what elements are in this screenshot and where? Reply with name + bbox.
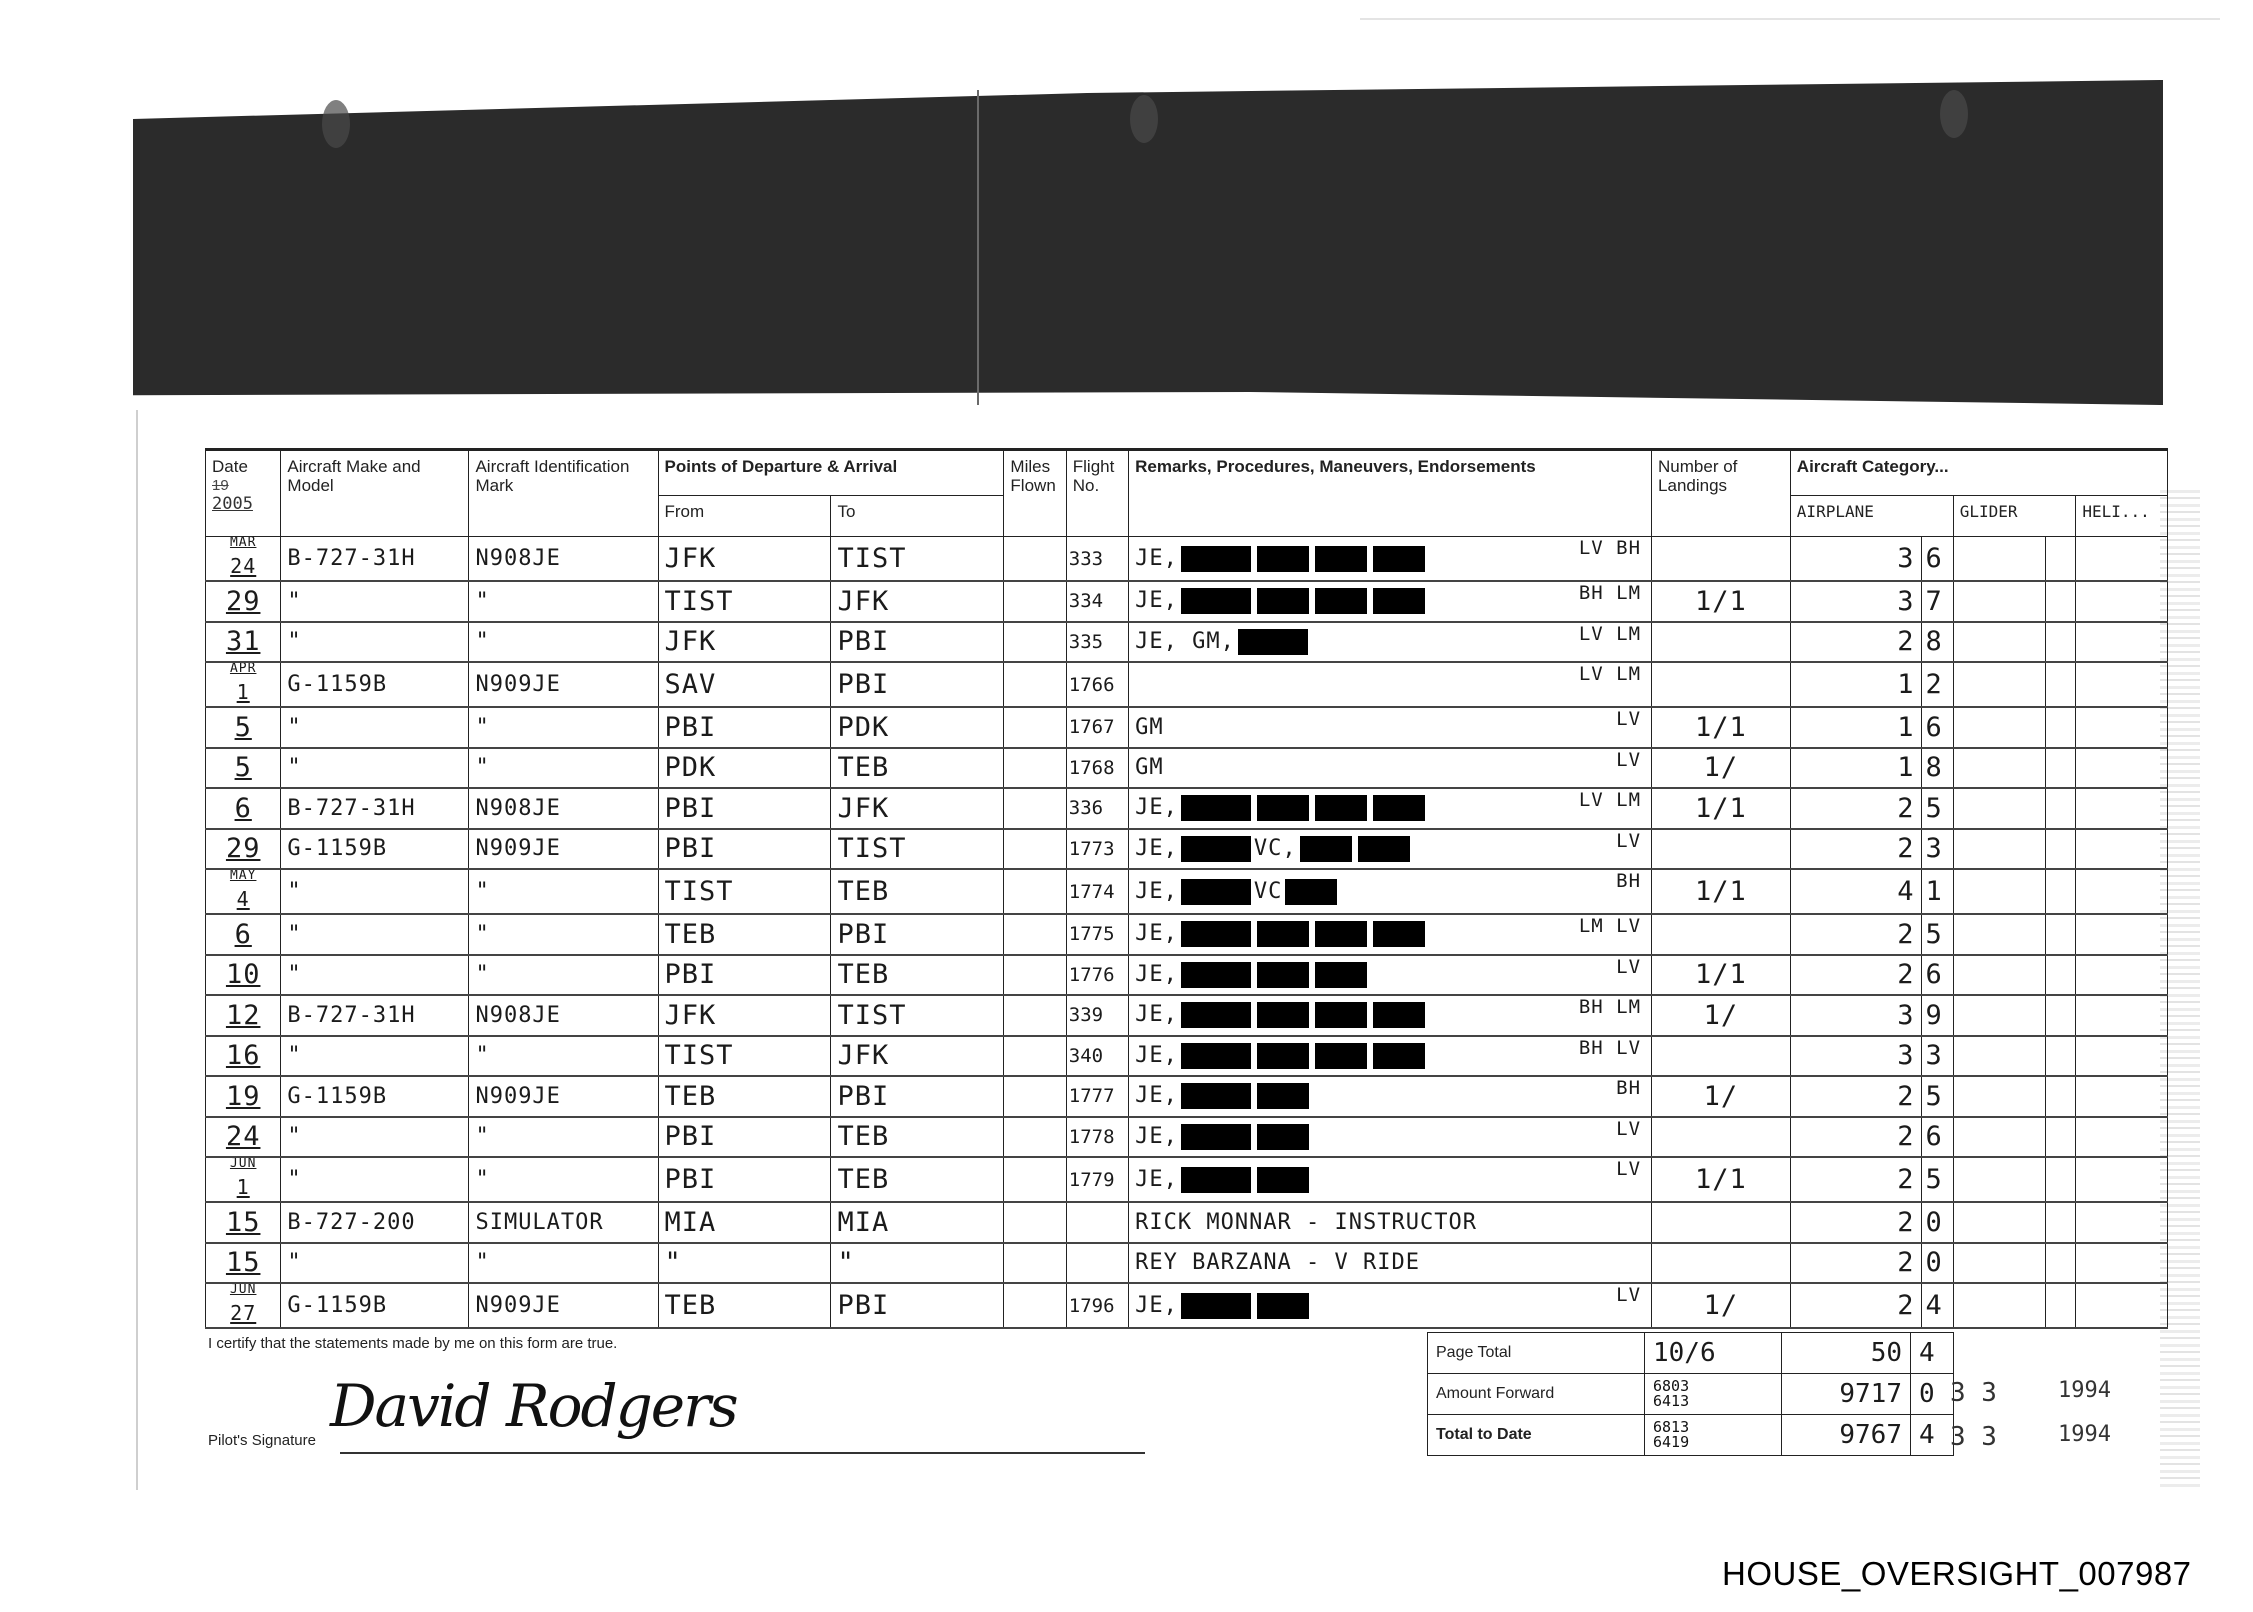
airplane-tenths-cell: 3 [1921,1036,1953,1077]
landings-cell [1652,829,1791,870]
amount-forward-heli: 1994 [2058,1378,2111,1403]
glider-tenths-cell [2046,955,2076,996]
signature-line [340,1452,1145,1454]
table-row: 15B-727-200SIMULATORMIAMIARICK MONNAR - … [206,1202,2168,1243]
redaction-block [1181,1002,1251,1028]
to-cell: TIST [831,995,1004,1036]
date-cell: 6 [206,788,281,829]
miles-cell [1004,914,1066,955]
flight-no-cell: 334 [1066,581,1128,622]
glider-hours-cell [1953,662,2046,707]
from-cell: TIST [658,869,831,914]
glider-tenths-cell [2046,1076,2076,1117]
aircraft-model-cell: B-727-31H [281,537,469,582]
from-cell: PBI [658,955,831,996]
from-cell: PDK [658,748,831,789]
from-cell: PBI [658,707,831,748]
redaction-block [1257,1002,1309,1028]
aircraft-model-cell: B-727-31H [281,788,469,829]
airplane-hours-cell: 2 [1790,1076,1921,1117]
crew-codes: LV [1616,711,1641,728]
remarks-cell: JE,VCBH [1129,869,1652,914]
landings-cell [1652,1202,1791,1243]
from-cell: PBI [658,829,831,870]
page-total-row: Page Total 10/6 50 4 [1428,1333,1954,1374]
day-label: 5 [235,752,252,783]
date-cell: 16 [206,1036,281,1077]
day-label: 1 [237,1175,250,1199]
aircraft-model-cell: G-1159B [281,662,469,707]
table-row: 15""""REY BARZANA - V RIDE20 [206,1243,2168,1284]
from-cell: " [658,1243,831,1284]
airplane-tenths-cell: 4 [1921,1283,1953,1328]
day-label: 15 [226,1247,261,1278]
helicopter-hours-cell [2076,1036,2168,1077]
glider-tenths-cell [2046,537,2076,582]
redaction-block [1300,836,1352,862]
landings-cell: 1/ [1652,1283,1791,1328]
glider-hours-cell [1953,1243,2046,1284]
to-cell: PBI [831,622,1004,663]
miles-cell [1004,581,1066,622]
day-label: 29 [226,833,261,864]
airplane-tenths-cell: 5 [1921,914,1953,955]
from-cell: TIST [658,1036,831,1077]
glider-hours-cell [1953,829,2046,870]
remarks-cell: JE,LV [1129,1157,1652,1202]
glider-tenths-cell [2046,622,2076,663]
landings-cell [1652,1243,1791,1284]
from-cell: PBI [658,1157,831,1202]
flight-no-cell: 1775 [1066,914,1128,955]
remarks-cell: JE,BH LM [1129,995,1652,1036]
flight-no-cell [1066,1202,1128,1243]
aircraft-id-cell: " [469,955,658,996]
flight-no-cell: 1766 [1066,662,1128,707]
aircraft-id-cell: " [469,622,658,663]
landings-cell [1652,662,1791,707]
aircraft-id-cell: " [469,1157,658,1202]
helicopter-hours-cell [2076,1243,2168,1284]
to-cell: PDK [831,707,1004,748]
glider-tenths-cell [2046,1283,2076,1328]
landings-header: Number of Landings [1652,450,1791,537]
airplane-hours-cell: 2 [1790,622,1921,663]
day-label: 4 [237,887,250,911]
remarks-text: JE, [1135,1124,1178,1149]
table-row: 29G-1159BN909JEPBITIST1773JE,VC,LV23 [206,829,2168,870]
from-header: From [658,496,831,537]
helicopter-hours-cell [2076,622,2168,663]
airplane-hours-cell: 2 [1790,914,1921,955]
table-row: 10""PBITEB1776JE,LV1/126 [206,955,2168,996]
month-label: APR [212,663,274,675]
landings-cell: 1/ [1652,1076,1791,1117]
table-row: 5""PDKTEB1768GMLV1/18 [206,748,2168,789]
miles-cell [1004,995,1066,1036]
date-cell: 12 [206,995,281,1036]
crew-codes: LV [1616,1287,1641,1304]
remarks-cell: GMLV [1129,748,1652,789]
landings-cell [1652,914,1791,955]
to-cell: JFK [831,788,1004,829]
printed-year: 19 [212,476,274,495]
to-cell: MIA [831,1202,1004,1243]
day-label: 31 [226,626,261,657]
date-cell: JUN1 [206,1157,281,1202]
remarks-text: JE, [1135,1043,1178,1068]
miles-cell [1004,748,1066,789]
day-label: 6 [235,793,252,824]
day-label: 24 [230,554,256,578]
day-label: 24 [226,1121,261,1152]
month-label: MAY [212,870,274,882]
remarks-cell: JE,LM LV [1129,914,1652,955]
airplane-tenths-cell: 7 [1921,581,1953,622]
redaction-block [1181,836,1251,862]
redaction-block [1315,921,1367,947]
redaction-block [1257,1293,1309,1319]
remarks-text: GM [1135,715,1164,740]
helicopter-hours-cell [2076,537,2168,582]
helicopter-hours-cell [2076,748,2168,789]
from-cell: SAV [658,662,831,707]
table-row: 24""PBITEB1778JE,LV26 [206,1117,2168,1158]
table-row: 16""TISTJFK340JE,BH LV33 [206,1036,2168,1077]
aircraft-id-cell: N908JE [469,537,658,582]
glider-tenths-cell [2046,995,2076,1036]
miles-cell [1004,1283,1066,1328]
helicopter-hours-cell [2076,869,2168,914]
amount-forward-glider: 3 3 [1950,1378,1997,1408]
glider-hours-cell [1953,869,2046,914]
month-label: MAR [212,537,274,549]
date-cell: 6 [206,914,281,955]
aircraft-id-cell: N909JE [469,1076,658,1117]
date-cell: APR1 [206,662,281,707]
redaction-block [1257,962,1309,988]
helicopter-hours-cell [2076,955,2168,996]
from-cell: TIST [658,581,831,622]
remarks-text: JE, [1135,836,1178,861]
bates-number: HOUSE_OVERSIGHT_007987 [1722,1555,2192,1593]
landings-cell: 1/ [1652,748,1791,789]
redaction-block [1257,1167,1309,1193]
miles-cell [1004,869,1066,914]
airplane-hours-cell: 4 [1790,869,1921,914]
total-to-date-landings: 6813 6419 [1645,1415,1782,1456]
day-label: 1 [237,680,250,704]
glider-tenths-cell [2046,1243,2076,1284]
to-cell: TIST [831,537,1004,582]
remarks-cell: GMLV [1129,707,1652,748]
glider-tenths-cell [2046,914,2076,955]
pilot-logbook-form: Date 19 2005 Aircraft Make and Model Air… [205,448,2168,1329]
helicopter-hours-cell [2076,1202,2168,1243]
glider-tenths-cell [2046,1202,2076,1243]
aircraft-model-cell: " [281,1157,469,1202]
redaction-block [1181,1124,1251,1150]
landings-cell [1652,537,1791,582]
redaction-block [1373,588,1425,614]
remarks-text: JE, [1135,588,1178,613]
date-cell: 29 [206,829,281,870]
landings-cell [1652,1117,1791,1158]
aircraft-model-cell: " [281,581,469,622]
glider-tenths-cell [2046,1157,2076,1202]
aircraft-model-cell: " [281,1243,469,1284]
crew-codes: LV LM [1579,666,1641,683]
glider-hours-cell [1953,788,2046,829]
page-total-hours: 50 [1782,1333,1911,1374]
remarks-cell: RICK MONNAR - INSTRUCTOR [1129,1202,1652,1243]
aircraft-id-cell: N909JE [469,829,658,870]
total-to-date-hours: 9767 [1782,1415,1911,1456]
to-cell: JFK [831,581,1004,622]
landings-cell [1652,1036,1791,1077]
punch-hole [322,100,350,148]
remarks-text-extra: VC, [1254,836,1297,861]
remarks-text: JE, [1135,546,1178,571]
redaction-block [1315,1002,1367,1028]
day-label: 29 [226,586,261,617]
glider-tenths-cell [2046,869,2076,914]
flight-no-cell: 1778 [1066,1117,1128,1158]
signature-label: Pilot's Signature [208,1432,316,1449]
remarks-text: JE, [1135,962,1178,987]
redaction-block [1181,879,1251,905]
flight-no-cell: 333 [1066,537,1128,582]
redaction-block [1238,629,1308,655]
aircraft-id-cell: " [469,1117,658,1158]
helicopter-hours-cell [2076,995,2168,1036]
remarks-text: GM [1135,755,1164,780]
amount-forward-hours: 9717 [1782,1374,1911,1415]
from-cell: JFK [658,995,831,1036]
landings-cell [1652,622,1791,663]
flight-no-cell: 1776 [1066,955,1128,996]
remarks-cell: JE,LV [1129,955,1652,996]
miles-cell [1004,1036,1066,1077]
crew-codes: BH LV [1579,1040,1641,1057]
glider-tenths-cell [2046,788,2076,829]
remarks-cell: LV LM [1129,662,1652,707]
miles-cell [1004,1243,1066,1284]
redaction-block [1373,921,1425,947]
date-cell: JUN27 [206,1283,281,1328]
redaction-block [1257,795,1309,821]
redaction-block [1181,588,1251,614]
category-airplane: AIRPLANE [1790,496,1953,537]
amount-forward-row: Amount Forward 6803 6413 9717 0 [1428,1374,1954,1415]
airplane-hours-cell: 3 [1790,995,1921,1036]
page-total-landings: 10/6 [1645,1333,1782,1374]
airplane-hours-cell: 3 [1790,581,1921,622]
aircraft-model-cell: G-1159B [281,1283,469,1328]
date-cell: 15 [206,1202,281,1243]
day-label: 15 [226,1207,261,1238]
amount-forward-landings: 6803 6413 [1645,1374,1782,1415]
crew-codes: LV [1616,833,1641,850]
crew-codes: LV [1616,1121,1641,1138]
airplane-tenths-cell: 2 [1921,662,1953,707]
remarks-text: JE, [1135,879,1178,904]
aircraft-model-cell: " [281,955,469,996]
aircraft-id-cell: " [469,914,658,955]
miles-cell [1004,829,1066,870]
points-header: Points of Departure & Arrival [658,450,1004,496]
to-cell: TIST [831,829,1004,870]
from-cell: PBI [658,788,831,829]
aircraft-id-cell: N908JE [469,995,658,1036]
amount-forward-tenths: 0 [1911,1374,1954,1415]
glider-tenths-cell [2046,1117,2076,1158]
remarks-cell: JE, GM,LV LM [1129,622,1652,663]
airplane-hours-cell: 2 [1790,955,1921,996]
redaction-block [1373,546,1425,572]
miles-cell [1004,1117,1066,1158]
airplane-hours-cell: 2 [1790,829,1921,870]
from-cell: JFK [658,537,831,582]
redaction-block [1285,879,1337,905]
airplane-hours-cell: 2 [1790,1157,1921,1202]
airplane-hours-cell: 1 [1790,748,1921,789]
remarks-cell: JE,VC,LV [1129,829,1652,870]
to-cell: TEB [831,1117,1004,1158]
flight-no-cell: 1796 [1066,1283,1128,1328]
aircraft-model-cell: " [281,1036,469,1077]
redaction-block [1373,1002,1425,1028]
total-to-date-glider: 3 3 [1950,1422,1997,1452]
remarks-text: RICK MONNAR - INSTRUCTOR [1135,1210,1477,1235]
helicopter-hours-cell [2076,788,2168,829]
remarks-text: JE, [1135,1167,1178,1192]
crew-codes: LV [1616,752,1641,769]
aircraft-model-cell: " [281,914,469,955]
airplane-tenths-cell: 1 [1921,869,1953,914]
id-mark-header: Aircraft Identification Mark [469,450,658,537]
airplane-tenths-cell: 5 [1921,788,1953,829]
remarks-text: JE, [1135,1293,1178,1318]
from-cell: PBI [658,1117,831,1158]
to-cell: PBI [831,662,1004,707]
crew-codes: LV BH [1579,540,1641,557]
airplane-tenths-cell: 6 [1921,1117,1953,1158]
airplane-tenths-cell: 0 [1921,1202,1953,1243]
date-cell: 15 [206,1243,281,1284]
flight-no-cell [1066,1243,1128,1284]
airplane-hours-cell: 1 [1790,707,1921,748]
redaction-block [1315,795,1367,821]
airplane-hours-cell: 2 [1790,788,1921,829]
date-cell: 5 [206,707,281,748]
landings-cell: 1/1 [1652,788,1791,829]
aircraft-model-cell: G-1159B [281,829,469,870]
remarks-cell: REY BARZANA - V RIDE [1129,1243,1652,1284]
helicopter-hours-cell [2076,662,2168,707]
landings-cell: 1/1 [1652,869,1791,914]
aircraft-id-cell: " [469,748,658,789]
glider-hours-cell [1953,581,2046,622]
table-row: 6""TEBPBI1775JE,LM LV25 [206,914,2168,955]
redaction-block [1181,795,1251,821]
category-helicopter: HELI... [2076,496,2168,537]
page-fold-seam [977,90,979,405]
amount-forward-landings-bottom: 6413 [1653,1394,1773,1409]
handwritten-year: 2005 [212,495,274,514]
date-label: Date [212,457,274,476]
redaction-block [1257,1043,1309,1069]
flight-log-table: Date 19 2005 Aircraft Make and Model Air… [205,448,2168,1329]
date-header: Date 19 2005 [206,450,281,537]
flight-no-cell: 1777 [1066,1076,1128,1117]
redaction-block [1373,795,1425,821]
remarks-cell: JE,BH LV [1129,1036,1652,1077]
crew-codes: LV [1616,1161,1641,1178]
table-row: 29""TISTJFK334JE,BH LM1/137 [206,581,2168,622]
crew-codes: LV LM [1579,792,1641,809]
glider-tenths-cell [2046,748,2076,789]
glider-hours-cell [1953,1283,2046,1328]
miles-header: Miles Flown [1004,450,1066,537]
crew-codes: LM LV [1579,918,1641,935]
date-cell: 29 [206,581,281,622]
aircraft-id-cell: N908JE [469,788,658,829]
aircraft-id-cell: " [469,707,658,748]
glider-hours-cell [1953,707,2046,748]
date-cell: 31 [206,622,281,663]
remarks-text: JE, [1135,1002,1178,1027]
helicopter-hours-cell [2076,914,2168,955]
to-cell: TEB [831,955,1004,996]
day-label: 16 [226,1040,261,1071]
airplane-tenths-cell: 5 [1921,1076,1953,1117]
table-row: 5""PBIPDK1767GMLV1/116 [206,707,2168,748]
to-cell: TEB [831,1157,1004,1202]
from-cell: JFK [658,622,831,663]
day-label: 19 [226,1081,261,1112]
to-cell: TEB [831,869,1004,914]
aircraft-id-cell: " [469,581,658,622]
airplane-tenths-cell: 8 [1921,622,1953,663]
punch-hole [1130,95,1158,143]
redaction-block [1181,546,1251,572]
glider-hours-cell [1953,1157,2046,1202]
helicopter-hours-cell [2076,829,2168,870]
total-to-date-landings-bottom: 6419 [1653,1435,1773,1450]
redaction-block [1257,921,1309,947]
certification-statement: I certify that the statements made by me… [208,1335,617,1352]
remarks-text: JE, [1135,1083,1178,1108]
glider-hours-cell [1953,748,2046,789]
flight-no-cell: 1767 [1066,707,1128,748]
glider-hours-cell [1953,914,2046,955]
from-cell: TEB [658,914,831,955]
aircraft-model-cell: B-727-200 [281,1202,469,1243]
helicopter-hours-cell [2076,1117,2168,1158]
landings-cell: 1/1 [1652,955,1791,996]
date-cell: 24 [206,1117,281,1158]
flight-no-cell: 339 [1066,995,1128,1036]
date-cell: MAR24 [206,537,281,582]
from-cell: MIA [658,1202,831,1243]
flight-log-rows: MAR24B-727-31HN908JEJFKTIST333JE,LV BH36… [206,537,2168,1329]
table-row: JUN27G-1159BN909JETEBPBI1796JE,LV1/24 [206,1283,2168,1328]
remarks-cell: JE,LV LM [1129,788,1652,829]
aircraft-id-cell: SIMULATOR [469,1202,658,1243]
remarks-cell: JE,LV [1129,1283,1652,1328]
page-total-tenths: 4 [1911,1333,1954,1374]
